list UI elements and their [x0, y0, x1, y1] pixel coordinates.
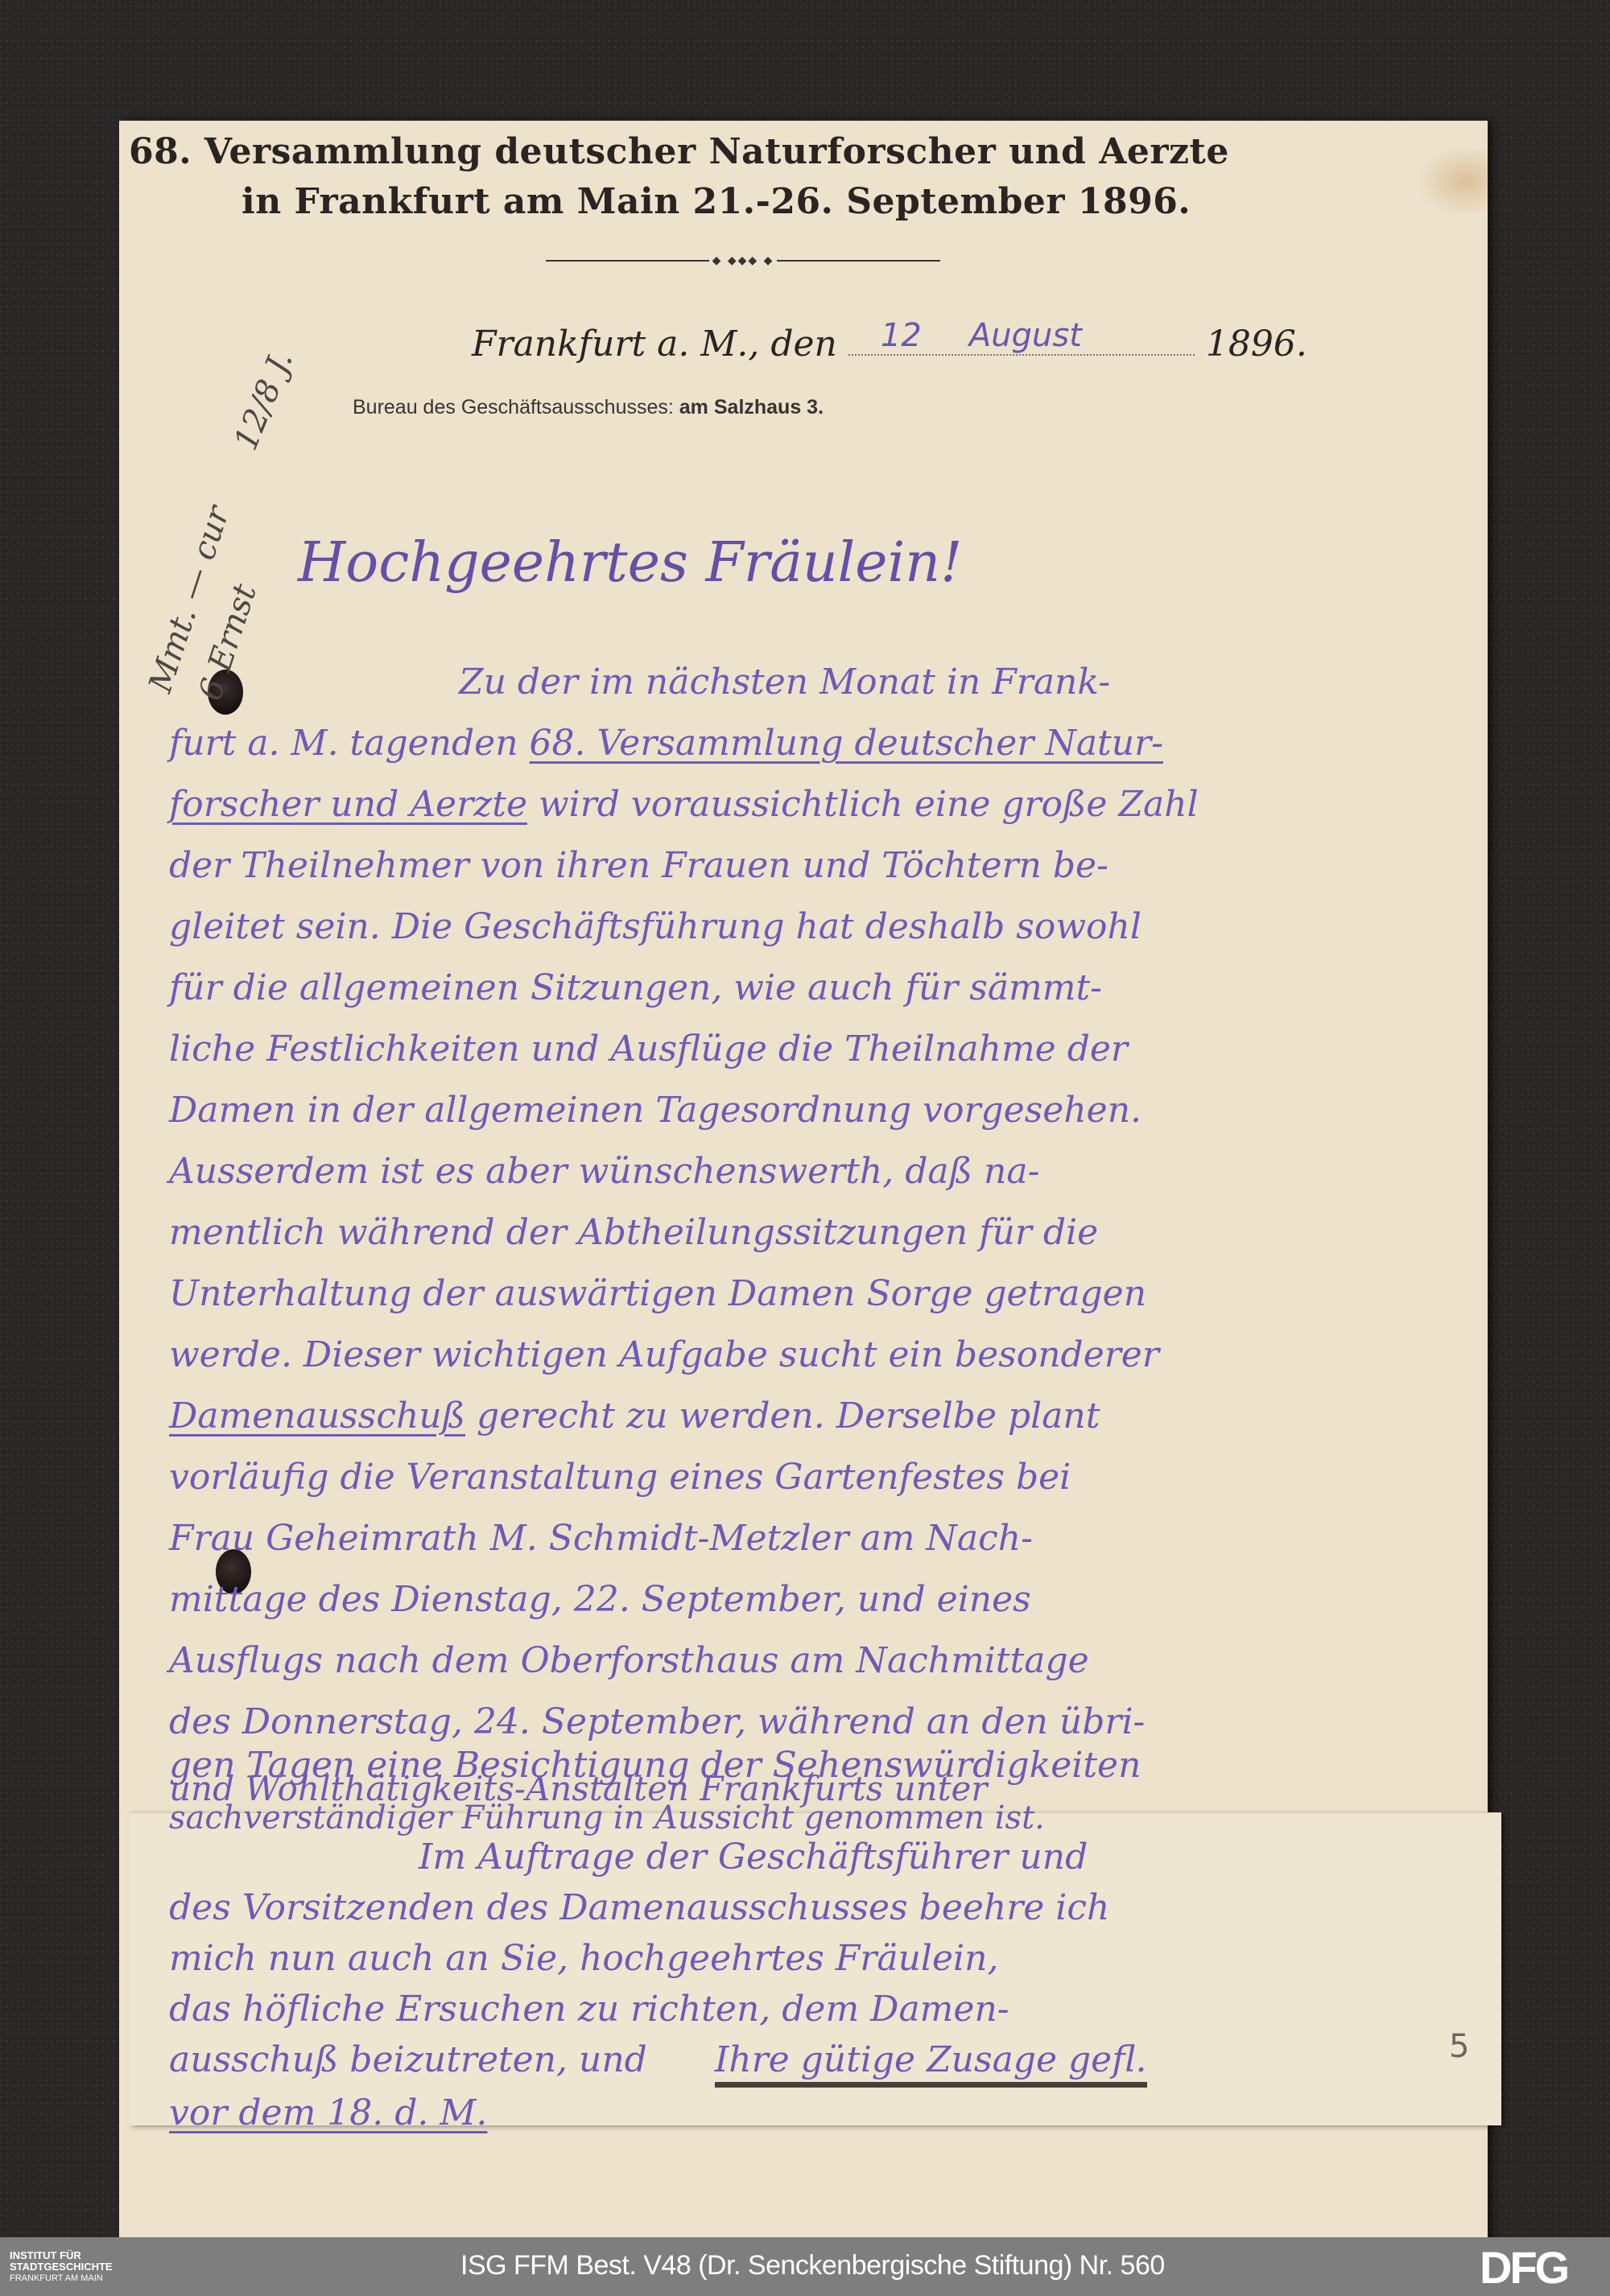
slip-line-4: das höfliche Ersuchen zu richten, dem Da…	[169, 1989, 1489, 2030]
body-line-11: Unterhaltung der auswärtigen Damen Sorge…	[169, 1273, 1489, 1314]
body-line-7: liche Festlichkeiten und Ausflüge die Th…	[169, 1028, 1489, 1070]
body-line-12: werde. Dieser wichtigen Aufgabe sucht ei…	[169, 1334, 1489, 1375]
dateline: Frankfurt a. M., den 12 August 1896.	[472, 324, 1307, 365]
body-line-15: Frau Geheimrath M. Schmidt-Metzler am Na…	[169, 1518, 1489, 1559]
slip-line-5: ausschuß beizutreten, und Ihre gütige Zu…	[169, 2039, 1489, 2080]
body-line-6: für die allgemeinen Sitzungen, wie auch …	[169, 967, 1489, 1008]
pencil-page-number: 5	[1449, 2028, 1469, 2065]
slip-line-2: des Vorsitzenden des Damenausschusses be…	[169, 1887, 1489, 1928]
dfg-logo: DFG	[1480, 2245, 1567, 2290]
body-line-2: furt a. M. tagenden 68. Versammlung deut…	[169, 723, 1489, 764]
body-line-13: Damenausschuß gerecht zu werden. Derselb…	[169, 1395, 1489, 1437]
date-year: 1896.	[1206, 324, 1307, 365]
bureau-street: am Salzhaus 3.	[679, 396, 824, 418]
underlined-committee: Damenausschuß	[169, 1395, 465, 1437]
date-month: August	[969, 317, 1082, 354]
salutation: Hochgeehrtes Fräulein!	[298, 531, 962, 595]
archive-footer-bar: INSTITUT FÜR STADTGESCHICHTE FRANKFURT A…	[0, 2237, 1610, 2296]
underlined-request: Ihre gütige Zusage gefl.	[715, 2039, 1147, 2088]
ornament-divider: ◆ ◆◆◆ ◆	[546, 258, 940, 264]
date-day: 12	[881, 317, 922, 354]
body-line-10: mentlich während der Abtheilungssitzunge…	[169, 1212, 1489, 1253]
body-line-17: Ausflugs nach dem Oberforsthaus am Nachm…	[169, 1640, 1489, 1681]
underlined-event-name: 68. Versammlung deutscher Natur-	[530, 723, 1163, 764]
body-line-1: Zu der im nächsten Monat in Frank-	[459, 662, 1610, 703]
body-line-8: Damen in der allgemeinen Tagesordnung vo…	[169, 1090, 1489, 1131]
paper-stain	[1415, 145, 1488, 217]
body-line-21: sachverständiger Führung in Aussicht gen…	[169, 1799, 1489, 1836]
body-line-14: vorläufig die Veranstaltung eines Garten…	[169, 1457, 1489, 1498]
archive-signature: ISG FFM Best. V48 (Dr. Senckenbergische …	[460, 2250, 1165, 2282]
slip-line-6: vor dem 18. d. M.	[169, 2092, 487, 2133]
letterhead: 68. Versammlung deutscher Naturforscher …	[129, 127, 1385, 227]
body-line-5: gleitet sein. Die Geschäftsführung hat d…	[169, 906, 1489, 947]
body-line-4: der Theilnehmer von ihren Frauen und Töc…	[169, 845, 1489, 886]
institute-logo: INSTITUT FÜR STADTGESCHICHTE FRANKFURT A…	[10, 2250, 113, 2284]
body-line-9: Ausserdem ist es aber wünschenswerth, da…	[169, 1151, 1489, 1192]
body-line-18: des Donnerstag, 24. September, während a…	[169, 1701, 1489, 1742]
body-line-16: mittage des Dienstag, 22. September, und…	[169, 1579, 1489, 1620]
date-field: 12 August	[848, 346, 1195, 356]
dateline-place: Frankfurt a. M., den	[472, 324, 837, 365]
bureau-address: Bureau des Geschäftsausschusses: am Salz…	[353, 396, 824, 419]
letterhead-line-2: in Frankfurt am Main 21.-26. September 1…	[129, 177, 1385, 227]
bureau-label: Bureau des Geschäftsausschusses:	[353, 396, 674, 418]
ornament-glyph: ◆ ◆◆◆ ◆	[709, 254, 778, 267]
slip-line-3: mich nun auch an Sie, hochgeehrtes Fräul…	[169, 1938, 1489, 1979]
letterhead-line-1: 68. Versammlung deutscher Naturforscher …	[129, 127, 1385, 177]
body-line-3: forscher und Aerzte wird voraussichtlich…	[169, 784, 1489, 825]
slip-line-1: Im Auftrage der Geschäftsführer und	[419, 1836, 1610, 1878]
